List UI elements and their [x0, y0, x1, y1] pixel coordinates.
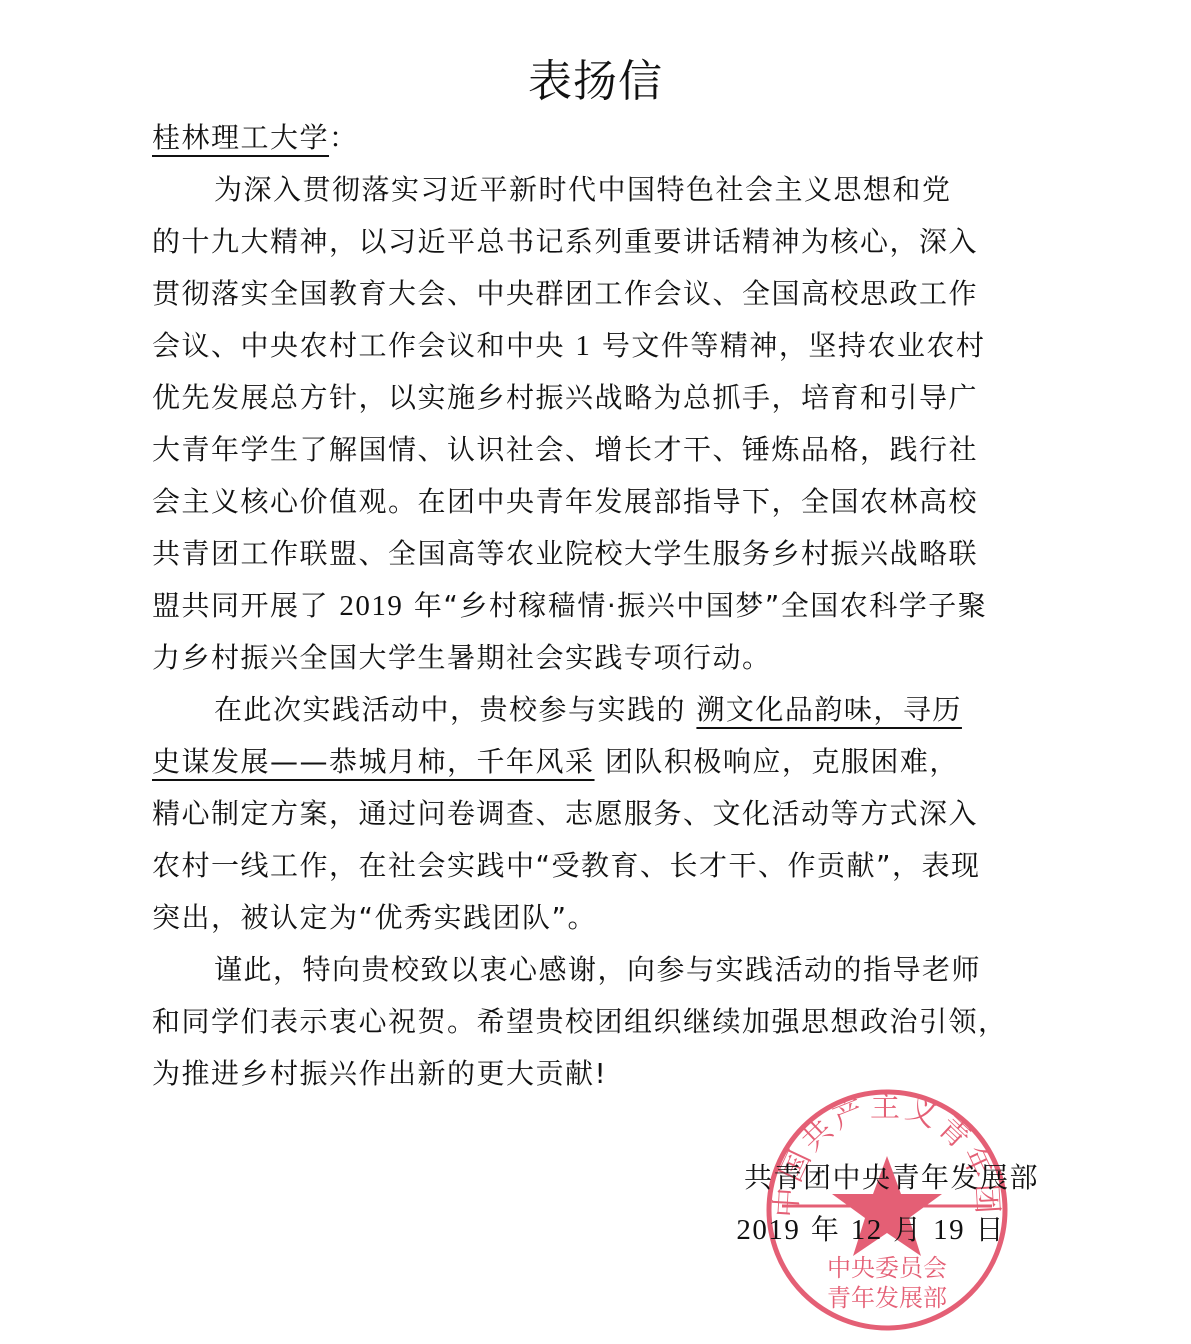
body-line: 突出，被认定为“优秀实践团队”。 — [152, 898, 597, 938]
body-line: 的十九大精神，以习近平总书记系列重要讲话精神为核心，深入 — [152, 222, 978, 262]
doc-number: 1 — [575, 330, 591, 362]
body-line: 大青年学生了解国情、认识社会、增长才干、锤炼品格，践行社 — [152, 430, 978, 470]
body-line: 史谋发展——恭城月柿，千年风采 团队积极响应，克服困难， — [152, 742, 959, 782]
body-line: 农村一线工作，在社会实践中“受教育、长才干、作贡献”，表现 — [152, 846, 981, 886]
stamp-bottom-line1: 中央委员会 — [827, 1254, 947, 1282]
body-line: 共青团工作联盟、全国高等农业院校大学生服务乡村振兴战略联 — [152, 534, 978, 574]
year-inline: 2019 — [339, 590, 403, 622]
team-name-part1: 溯文化品韵味，寻历 — [696, 693, 962, 726]
body-line: 和同学们表示衷心祝贺。希望贵校团组织继续加强思想政治引领， — [152, 1002, 1008, 1042]
body-line: 会议、中央农村工作会议和中央 1 号文件等精神，坚持农业农村 — [152, 326, 985, 366]
body-line: 力乡村振兴全国大学生暑期社会实践专项行动。 — [152, 638, 772, 678]
commendation-letter: 表扬信 桂林理工大学： 为深入贯彻落实习近平新时代中国特色社会主义思想和党 的十… — [0, 0, 1191, 1344]
body-line: 盟共同开展了 2019 年“乡村稼穑情·振兴中国梦”全国农科学子聚 — [152, 586, 987, 626]
recipient-colon: ： — [329, 121, 359, 154]
body-line: 在此次实践活动中，贵校参与实践的 溯文化品韵味，寻历 — [214, 690, 962, 730]
body-line: 为推进乡村振兴作出新的更大贡献! — [152, 1054, 607, 1094]
body-line: 谨此，特向贵校致以衷心感谢，向参与实践活动的指导老师 — [214, 950, 981, 990]
date: 2019 年 12 月 19 日 — [736, 1210, 1005, 1250]
recipient-line: 桂林理工大学： — [152, 118, 359, 158]
recipient-name: 桂林理工大学 — [152, 121, 329, 154]
stamp-bottom-line2: 青年发展部 — [827, 1284, 947, 1312]
signature: 共青团中央青年发展部 — [744, 1158, 1039, 1198]
body-line: 会主义核心价值观。在团中央青年发展部指导下，全国农林高校 — [152, 482, 978, 522]
letter-title: 表扬信 — [0, 52, 1191, 112]
team-name-part2: 史谋发展——恭城月柿，千年风采 — [152, 745, 595, 778]
body-line: 为深入贯彻落实习近平新时代中国特色社会主义思想和党 — [214, 170, 952, 210]
body-line: 贯彻落实全国教育大会、中央群团工作会议、全国高校思政工作 — [152, 274, 978, 314]
body-line: 优先发展总方针，以实施乡村振兴战略为总抓手，培育和引导广 — [152, 378, 978, 418]
body-line: 精心制定方案，通过问卷调查、志愿服务、文化活动等方式深入 — [152, 794, 978, 834]
